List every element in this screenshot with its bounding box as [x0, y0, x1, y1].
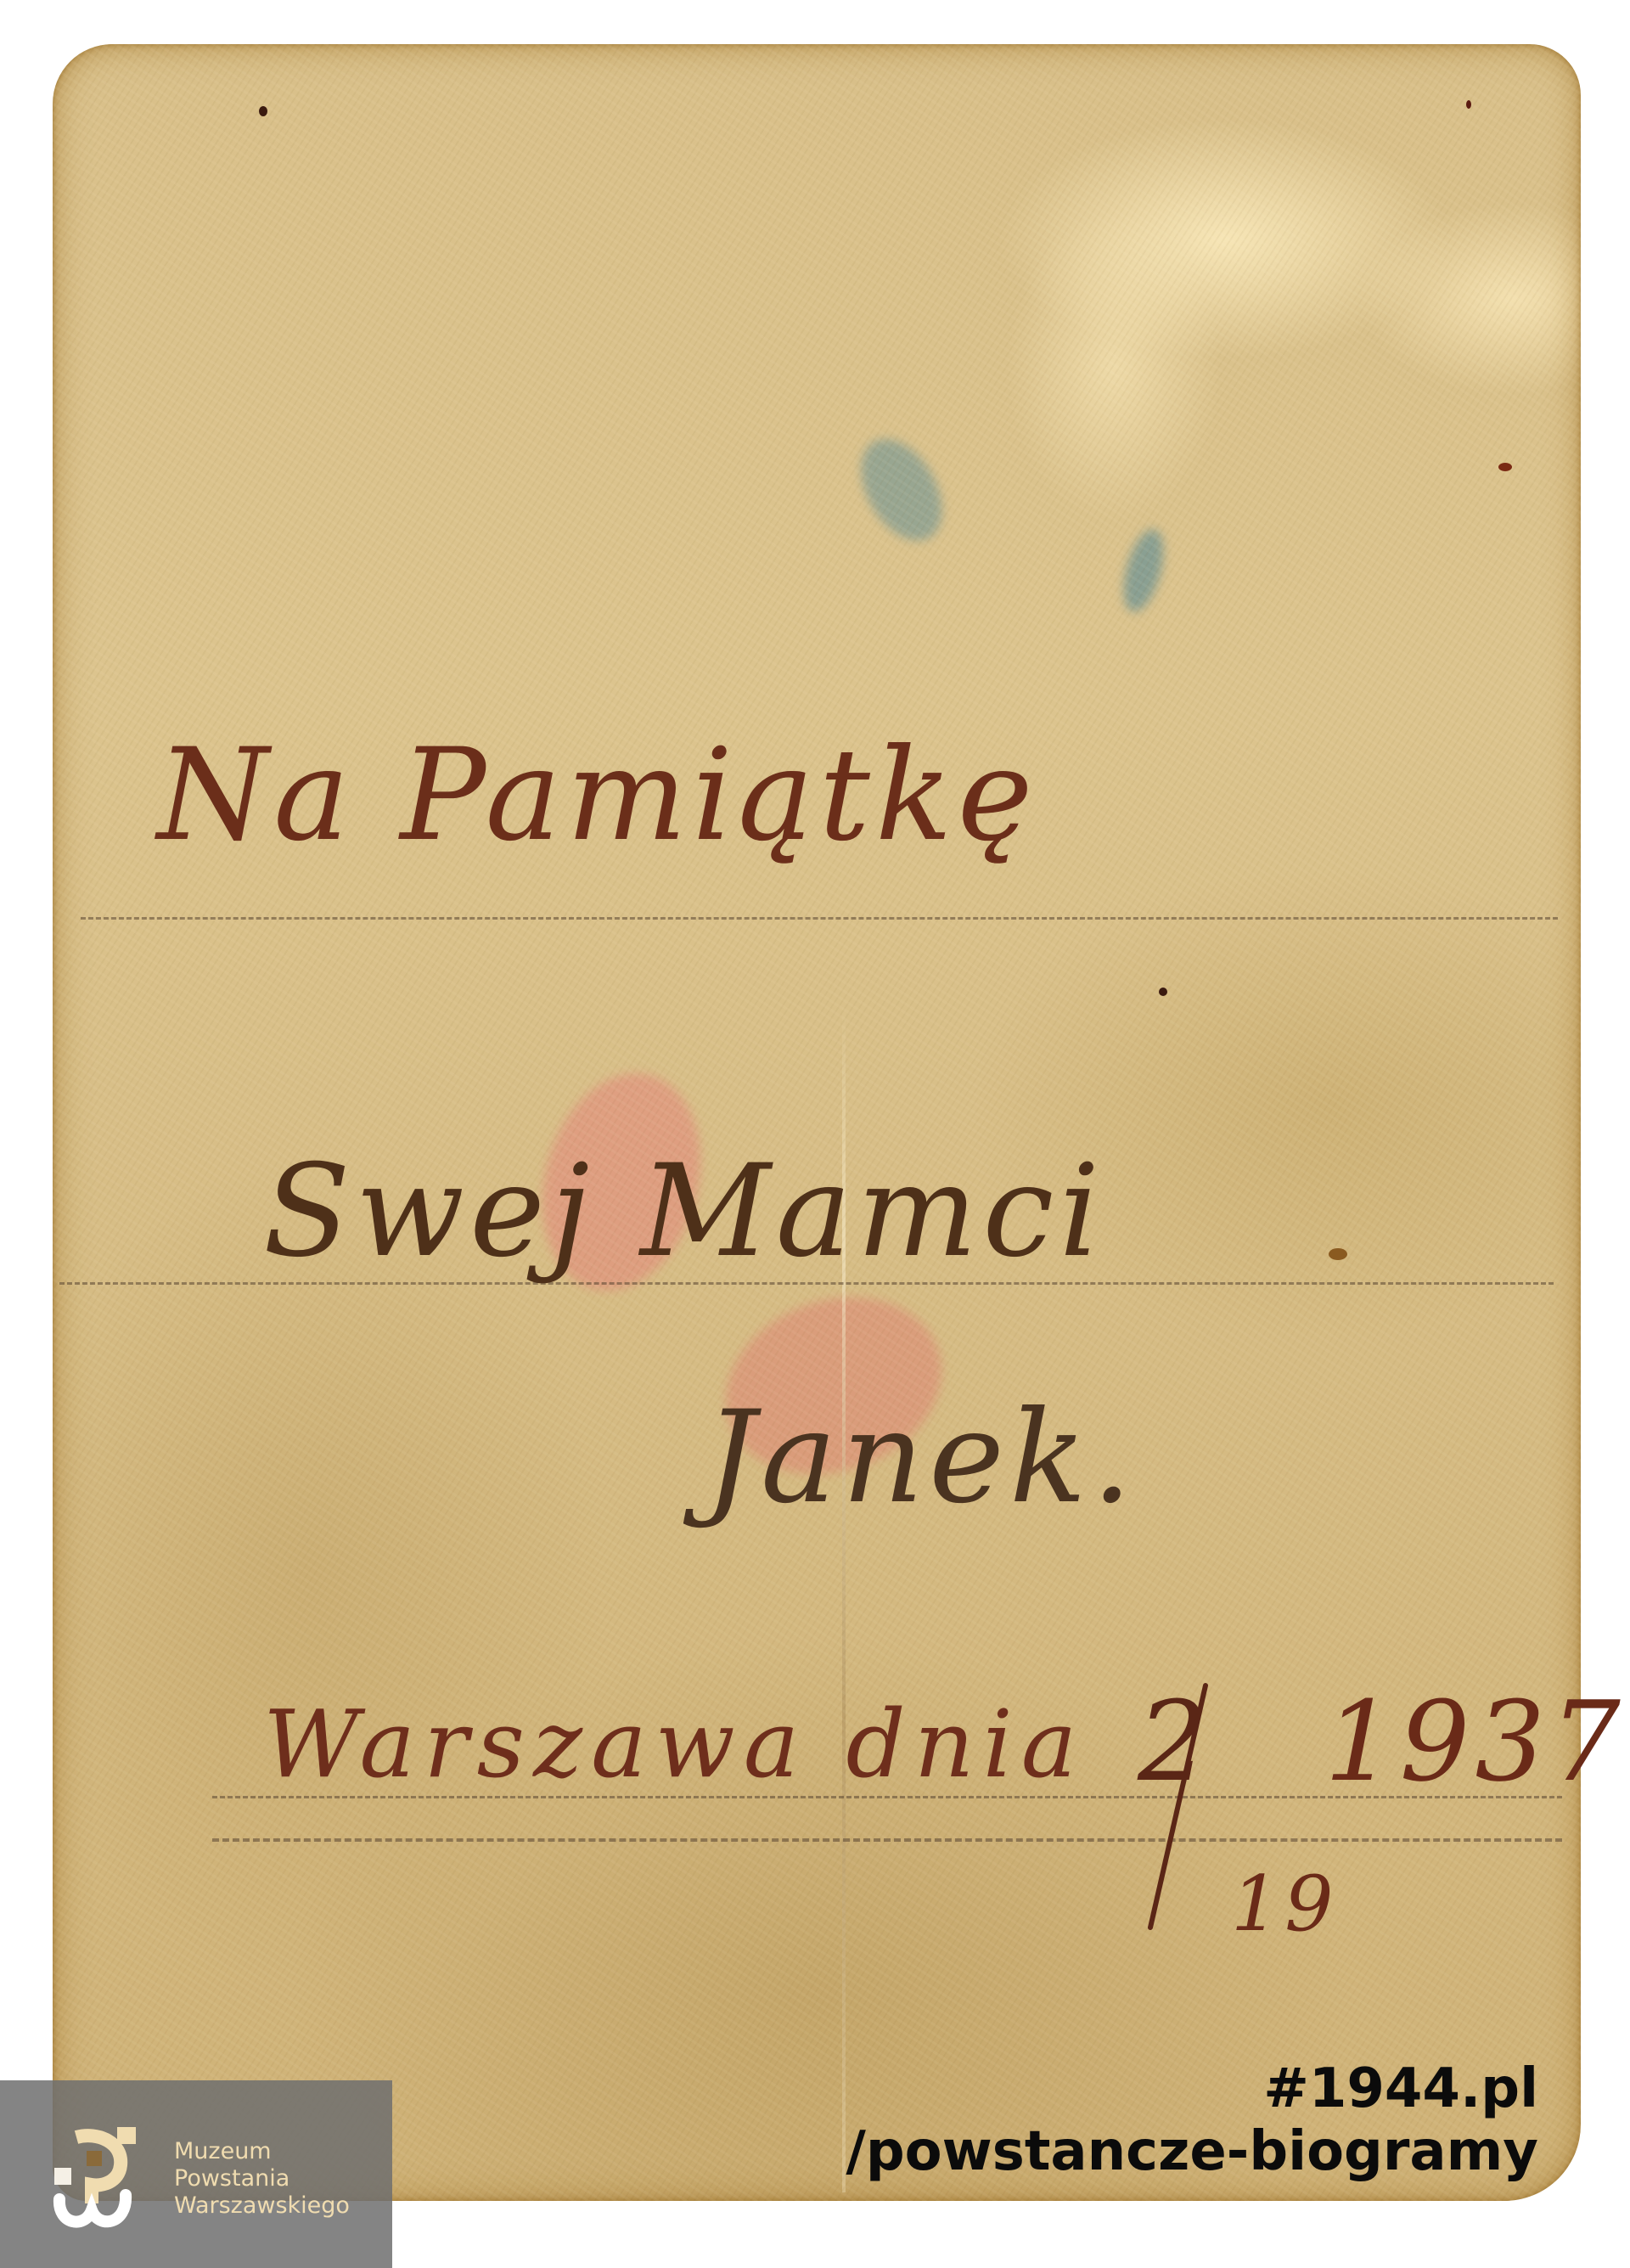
- hashtag-text: #1944.pl: [846, 2062, 1538, 2116]
- ink-speck: [1329, 1248, 1347, 1260]
- guide-line: [212, 1838, 1562, 1842]
- handwritten-dedication-line-2: Swej Mamci: [263, 1138, 1104, 1286]
- ink-speck: [1498, 463, 1512, 471]
- ink-speck: [1159, 988, 1167, 996]
- url-path-text: /powstancze-biogramy: [846, 2124, 1538, 2179]
- museum-name-line: Powstania: [174, 2165, 350, 2192]
- ink-speck: [1466, 100, 1471, 109]
- handwritten-date-fraction: 19: [1231, 1860, 1339, 1949]
- museum-anchor-logo-icon: [51, 2119, 153, 2233]
- handwritten-dedication-line-1: Na Pamiątkę: [157, 722, 1038, 869]
- museum-logo-panel: Muzeum Powstania Warszawskiego: [0, 2080, 392, 2268]
- photo-card-reverse: [53, 44, 1581, 2201]
- handwritten-place-date: Warszawa dnia: [263, 1690, 1085, 1798]
- guide-line: [81, 917, 1558, 920]
- blue-ink-stain: [1116, 526, 1172, 616]
- site-branding: #1944.pl /powstancze-biogramy: [846, 2062, 1538, 2179]
- handwritten-signature: Janek.: [705, 1384, 1138, 1532]
- handwritten-date-year: 1937r.: [1324, 1677, 1630, 1806]
- museum-name-line: Warszawskiego: [174, 2192, 350, 2220]
- handwritten-date-day: 2: [1138, 1677, 1213, 1806]
- blue-ink-stain: [845, 425, 958, 555]
- museum-name-line: Muzeum: [174, 2138, 350, 2165]
- museum-name: Muzeum Powstania Warszawskiego: [174, 2138, 350, 2220]
- ink-speck: [259, 106, 267, 116]
